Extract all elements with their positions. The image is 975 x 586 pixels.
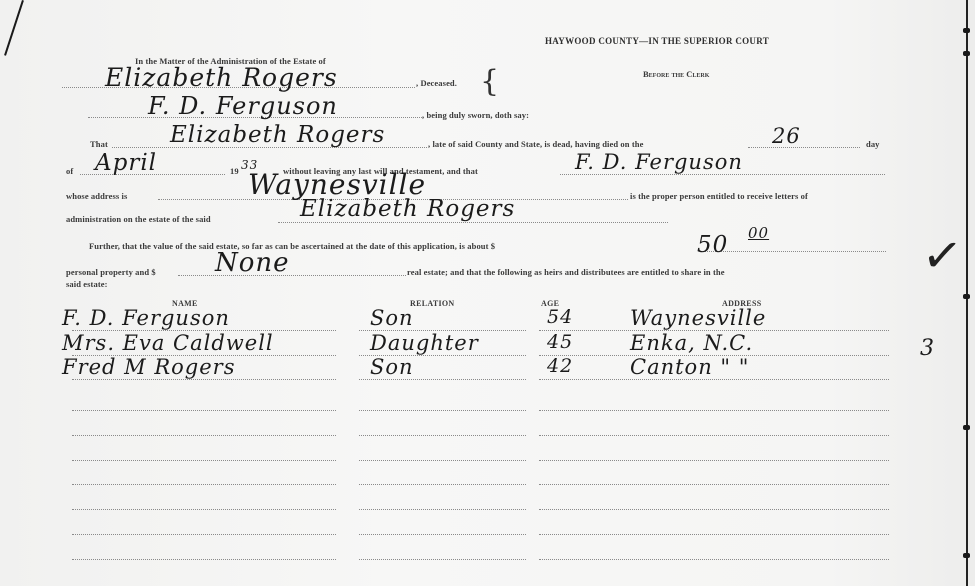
row-line (359, 410, 526, 411)
row-line (612, 435, 889, 436)
row-line (72, 460, 336, 461)
row-line (72, 379, 336, 380)
row-line (72, 509, 336, 510)
row-line (72, 435, 336, 436)
heir-relation: Son (370, 355, 414, 379)
row-line (539, 410, 611, 411)
row-line (72, 484, 336, 485)
heirs-table: NAME RELATION AGE ADDRESS F. D. Ferguson… (0, 0, 975, 586)
row-line (359, 379, 526, 380)
row-line (359, 460, 526, 461)
row-line (359, 534, 526, 535)
row-line (539, 379, 611, 380)
heir-address: Waynesville (630, 306, 766, 330)
row-line (72, 534, 336, 535)
row-line (612, 509, 889, 510)
row-line (612, 559, 889, 560)
heir-address: Canton " " (630, 355, 749, 379)
row-line (612, 460, 889, 461)
row-line (359, 559, 526, 560)
heir-address: Enka, N.C. (630, 331, 753, 355)
heir-name: Fred M Rogers (62, 355, 235, 379)
row-line (612, 410, 889, 411)
heir-age: 54 (547, 306, 573, 328)
column-header-relation: RELATION (410, 299, 454, 308)
row-line (539, 484, 611, 485)
heir-age: 45 (547, 331, 573, 353)
row-line (612, 379, 889, 380)
row-line (359, 509, 526, 510)
row-line (539, 534, 611, 535)
row-line (539, 460, 611, 461)
heir-name: Mrs. Eva Caldwell (62, 331, 274, 355)
heir-relation: Son (370, 306, 414, 330)
row-line (359, 484, 526, 485)
row-line (612, 484, 889, 485)
row-line (359, 435, 526, 436)
row-line (539, 435, 611, 436)
row-line (539, 509, 611, 510)
heir-name: F. D. Ferguson (62, 306, 230, 330)
document-page: HAYWOOD COUNTY—IN THE SUPERIOR COURT Bef… (0, 0, 975, 586)
row-line (539, 559, 611, 560)
heir-age: 42 (547, 355, 573, 377)
heir-relation: Daughter (370, 331, 479, 355)
row-line (72, 559, 336, 560)
row-line (612, 534, 889, 535)
row-line (72, 410, 336, 411)
